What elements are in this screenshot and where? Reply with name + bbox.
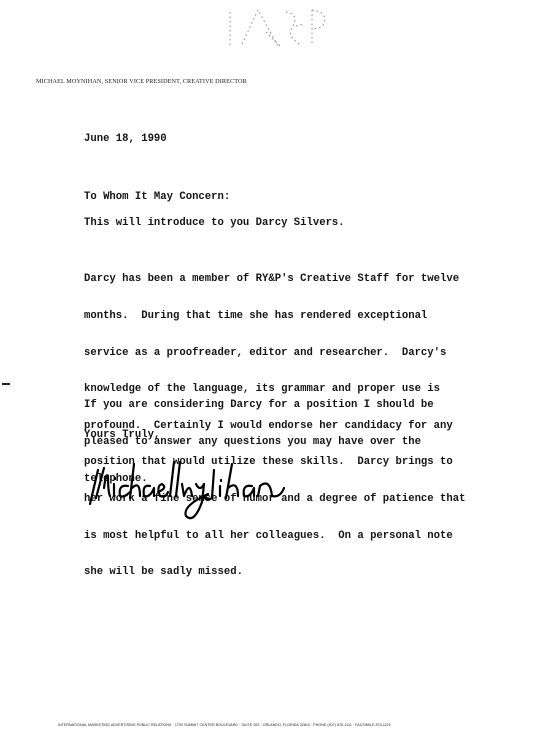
footer-address: International Marketing Advertising Publ… (58, 723, 548, 727)
paragraph-line: service as a proofreader, editor and res… (84, 347, 524, 359)
paragraph-line: If you are considering Darcy for a posit… (84, 399, 524, 411)
sender-line: Michael Moynihan, Senior Vice President,… (36, 78, 247, 85)
intro-sentence: This will introduce to you Darcy Silvers… (84, 217, 524, 229)
letter-date: June 18, 1990 (84, 133, 524, 145)
salutation: To Whom It May Concern: (84, 191, 524, 203)
paragraph-line: months. During that time she has rendere… (84, 310, 524, 322)
company-logo (220, 4, 350, 52)
logo-mark-icon (220, 4, 350, 52)
closing: Yours Truly, (84, 429, 524, 441)
paragraph-line: she will be sadly missed. (84, 566, 524, 578)
handwritten-signature-icon (84, 458, 334, 528)
paragraph-line: Darcy has been a member of RY&P's Creati… (84, 273, 524, 285)
signature (84, 458, 334, 528)
paragraph-line: is most helpful to all her colleagues. O… (84, 530, 524, 542)
margin-mark (2, 383, 10, 385)
